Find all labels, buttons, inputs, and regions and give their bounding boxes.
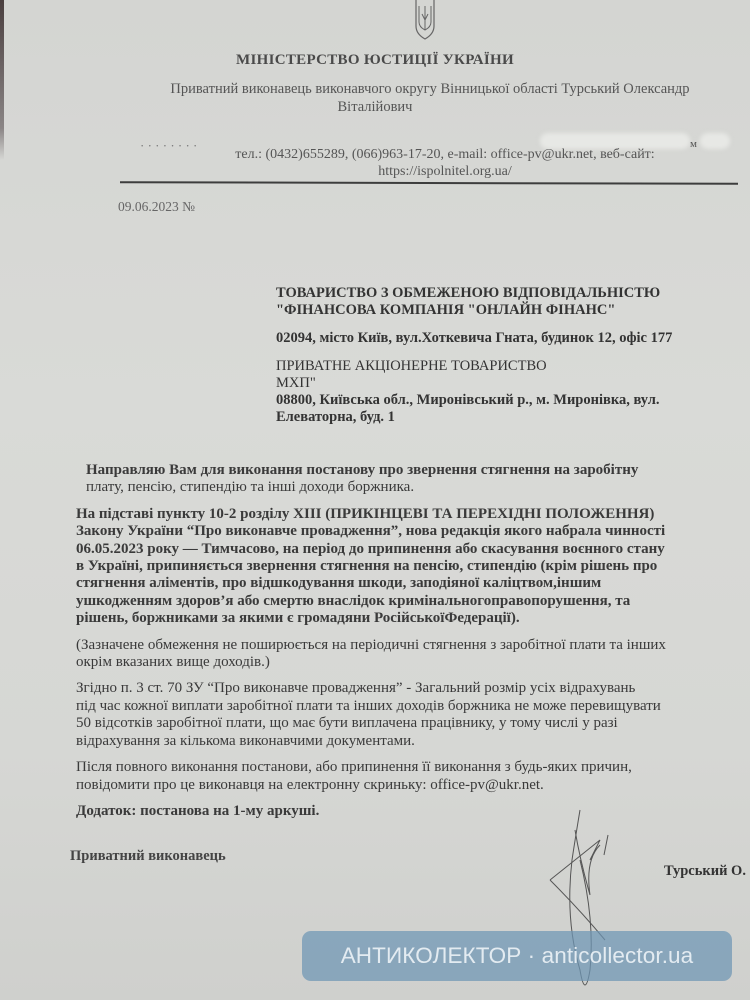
recipient-1-name-line-2: "ФІНАНСОВА КОМПАНІЯ "ОНЛАЙН ФІНАНС"	[276, 302, 672, 319]
recipient-2-name-line-2: МХП"	[276, 375, 672, 392]
recipient-2-address-line-2: Елеваторна, буд. 1	[276, 409, 672, 426]
paragraph-legal-basis: На підставі пункту 10-2 розділу XIII (ПР…	[76, 506, 750, 628]
recipient-1-name-line-1: ТОВАРИСТВО З ОБМЕЖЕНОЮ ВІДПОВІДАЛЬНІСТЮ	[276, 285, 672, 302]
trident-emblem-icon	[414, 0, 436, 40]
letter-body: Направляю Вам для виконання постанову пр…	[76, 462, 750, 829]
contacts-line-1: тел.: (0432)655289, (066)963-17-20, e-ma…	[0, 146, 750, 163]
recipient-2-address-line-1: 08800, Київська обл., Миронівський р., м…	[276, 392, 672, 409]
signer-name: Турський О.	[664, 863, 746, 880]
contact-info: тел.: (0432)655289, (066)963-17-20, e-ma…	[0, 146, 750, 180]
executor-heading: Приватний виконавець виконавчого округу …	[0, 80, 750, 116]
recipient-1-address: 02094, місто Київ, вул.Хоткевича Гната, …	[276, 330, 672, 347]
recipients-block: ТОВАРИСТВО З ОБМЕЖЕНОЮ ВІДПОВІДАЛЬНІСТЮ …	[276, 285, 672, 426]
paragraph-deduction-limit: Згідно п. 3 ст. 70 ЗУ “Про виконавче про…	[76, 680, 750, 750]
paragraph-directive: Направляю Вам для виконання постанову пр…	[76, 462, 750, 497]
attachment-note: Додаток: постанова на 1-му аркуші.	[76, 803, 750, 820]
recipient-2-name-line-1: ПРИВАТНЕ АКЦІОНЕРНЕ ТОВАРИСТВО	[276, 358, 672, 375]
ministry-title: МІНІСТЕРСТВО ЮСТИЦІЇ УКРАЇНИ	[0, 52, 750, 69]
executor-line-1: Приватний виконавець виконавчого округу …	[0, 80, 750, 98]
header-divider	[120, 181, 738, 184]
paragraph-restriction-note: (Зазначене обмеження не поширюється на п…	[76, 637, 750, 672]
document-date: 09.06.2023 №	[118, 199, 195, 215]
paragraph-notification: Після повного виконання постанови, або п…	[76, 759, 750, 794]
website-link: https://ispolnitel.org.ua/	[0, 163, 750, 180]
watermark-banner: АНТИКОЛЕКТОР · anticollector.ua	[302, 931, 732, 981]
executor-line-2: Віталійович	[0, 98, 750, 116]
signer-role: Приватний виконавець	[70, 848, 226, 865]
